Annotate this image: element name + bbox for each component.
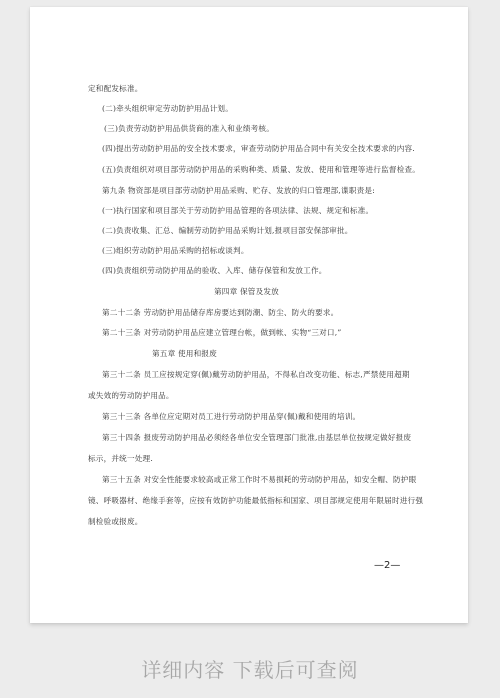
download-notice: 详细内容 下载后可查阅 xyxy=(0,654,500,683)
paragraph-line: 第九条 物资部是项目部劳动防护用品采购、贮存、发放的归口管理部,谍职责是: xyxy=(102,186,375,196)
paragraph-line: (四)提出劳动防护用品的安全技术要求，审查劳动防护用品合同中有关安全技术要求的内… xyxy=(102,144,415,154)
chapter-heading: 第四章 保管及发放 xyxy=(214,287,279,297)
paragraph-line: 第三十二条 员工应按规定穿(佩)戴劳动防护用品，不得私自改变功能、标志,严禁使用… xyxy=(102,370,410,380)
paragraph-line: 第二十三条 对劳动防护用品应建立管理台帐，做到帐、实物“三对口,” xyxy=(102,328,341,338)
paragraph-line: 定和配发标准。 xyxy=(88,84,143,94)
paragraph-line: (三)负责劳动防护用品供货商的准入和业绩考核。 xyxy=(104,124,274,134)
paragraph-line: 第三十五条 对安全性能要求较高或正常工作时不易损耗的劳动防护用品，如安全帽、防护… xyxy=(102,475,416,485)
paragraph-line: 第二十二条 劳动防护用品储存库房要达到防潮、防尘、防火的要求。 xyxy=(102,308,338,318)
paragraph-line: 镜、呼吸器材、绝缘手套等，应按有效防护功能最低指标和国家、项目部规定使用年限届时… xyxy=(88,496,423,506)
paragraph-line: (二)负责收集、汇总、编制劳动防护用品采购计划,报项目部安保部审批。 xyxy=(102,226,353,236)
document-page: 定和配发标准。(二)牵头组织审定劳动防护用品计划。(三)负责劳动防护用品供货商的… xyxy=(30,7,468,623)
paragraph-line: 第三十三条 各单位应定期对员工进行劳动防护用品穿(佩)戴和使用的培训。 xyxy=(102,412,360,422)
paragraph-line: (三)组织劳动防护用品采购的招标或谈判。 xyxy=(102,246,249,256)
paragraph-line: (二)牵头组织审定劳动防护用品计划。 xyxy=(102,104,233,114)
paragraph-line: 制检验或报废。 xyxy=(88,517,143,527)
chapter-heading: 第五章 使用和报废 xyxy=(152,349,217,359)
paragraph-line: (四)负责组织劳动防护用品的验收、入库、储存保管和发放工作。 xyxy=(102,266,327,276)
page-number: —2— xyxy=(374,560,400,571)
paragraph-line: (一)执行国家和项目部关于劳动防护用品管理的各项法律、法规、规定和标准。 xyxy=(102,206,373,216)
paragraph-line: 第三十四条 报废劳动防护用品必须经各单位安全管理部门批准,由基层单位按规定做好报… xyxy=(102,433,411,443)
paragraph-line: 或失效的劳动防护用品。 xyxy=(88,391,174,401)
paragraph-line: (五)负责组织对项目部劳动防护用品的采购种类、质量、发放、使用和管理等进行监督检… xyxy=(102,165,420,175)
paragraph-line: 标示，并统一处理. xyxy=(88,454,153,464)
